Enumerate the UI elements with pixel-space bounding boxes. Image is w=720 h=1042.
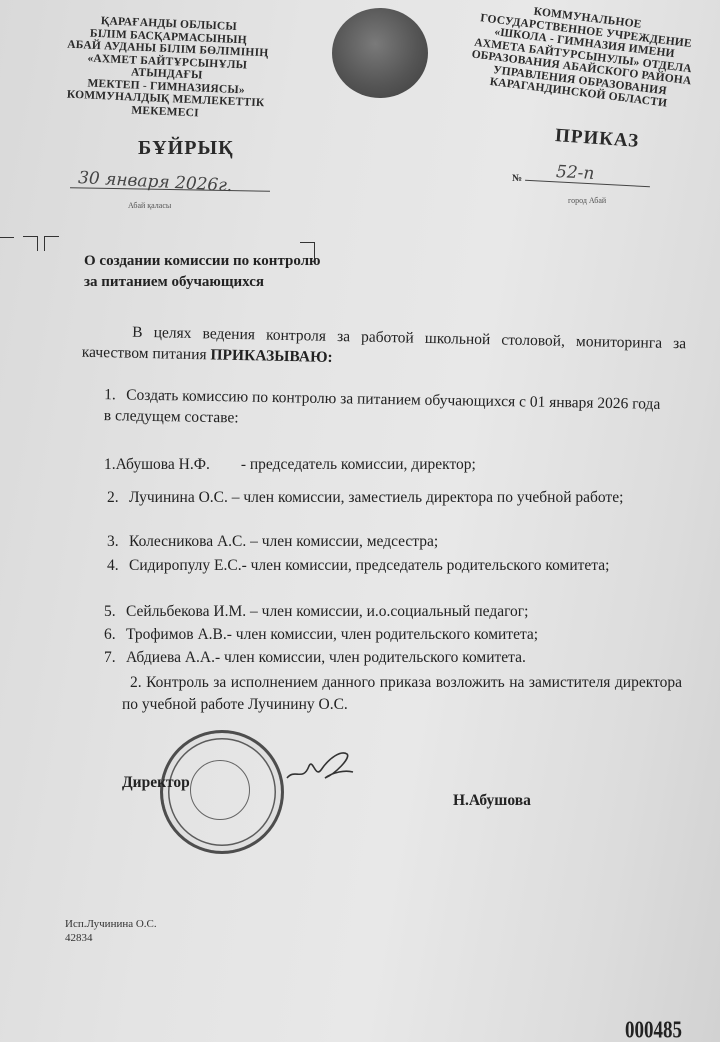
member-row: 5.Сейльбекова И.М. – член комиссии, и.о.… [104,602,684,621]
member-text: Сейльбекова И.М. – член комиссии, и.о.со… [126,603,528,620]
signatory-name: Н.Абушова [453,790,531,811]
member-row: 4.Сидиропулу Е.С.- член комиссии, предсе… [107,556,685,575]
subject-line: за питанием обучающихся [84,272,321,293]
member-row: 7.Абдиева А.А.- член комиссии, член роди… [104,648,684,667]
order-item-1: 1.Создать комиссию по контролю за питани… [104,384,665,436]
corner-mark [44,236,59,251]
member-text: Абушова Н.Ф. - председатель комиссии, ди… [116,456,476,473]
handwritten-signature-icon [285,748,355,788]
member-number: 6. [104,625,126,644]
executor-block: Исп.Лучинина О.С. 42834 [65,917,157,945]
member-number: 2. [107,488,129,507]
city-ru: город Абай [568,196,606,205]
order-directive: ПРИКАЗЫВАЮ: [210,346,333,366]
member-row: 3.Колесникова А.С. – член комиссии, медс… [107,532,667,551]
member-row: 2.Лучинина О.С. – член комиссии, замести… [107,488,685,507]
executor-name: Исп.Лучинина О.С. [65,917,157,931]
item-number: 1. [104,384,126,405]
corner-mark [0,237,14,238]
order-subject: О создании комиссии по контролю за питан… [84,251,321,293]
member-row: 1.Абушова Н.Ф. - председатель комиссии, … [104,455,664,474]
seal-emblem-icon [190,760,250,820]
member-number: 3. [107,532,129,551]
item-text: 2. Контроль за исполнением данного прика… [122,674,682,713]
order-item-2: 2. Контроль за исполнением данного прика… [122,672,682,716]
member-number: 4. [107,556,129,575]
order-title-kz: БҰЙРЫҚ [138,137,234,160]
member-number: 7. [104,648,126,667]
member-row: 6.Трофимов А.В.- член комиссии, член род… [104,625,684,644]
member-text: Лучинина О.С. – член комиссии, заместиел… [129,489,623,506]
member-text: Сидиропулу Е.С.- член комиссии, председа… [129,557,609,574]
member-number: 1. [104,456,116,473]
member-text: Трофимов А.В.- член комиссии, член родит… [126,626,538,643]
corner-mark [23,236,38,251]
member-text: Абдиева А.А.- член комиссии, член родите… [126,649,526,666]
item-text: Создать комиссию по контролю за питанием… [104,387,661,427]
city-kz: Абай қаласы [128,201,171,210]
state-emblem-icon [332,8,428,98]
order-number-label: № [512,173,522,184]
header-kz-block: ҚАРАҒАНДЫ ОБЛЫСЫ БІЛІМ БАСҚАРМАСЫНЫҢ АБА… [50,13,284,123]
order-title-ru: ПРИКАЗ [554,125,640,153]
member-text: Колесникова А.С. – член комиссии, медсес… [129,533,438,550]
signatory-position: Директор [122,772,190,793]
header-ru-block: КОММУНАЛЬНОЕ ГОСУДАРСТВЕННОЕ УЧРЕЖДЕНИЕ … [464,0,703,113]
subject-line: О создании комиссии по контролю [84,251,321,272]
executor-phone: 42834 [65,931,157,945]
intro-paragraph: В целях ведения контроля за работой школ… [82,321,687,376]
sheet-number: 000485 [625,1017,682,1042]
intro-text: В целях ведения контроля за работой школ… [82,324,687,364]
member-number: 5. [104,602,126,621]
order-date: 30 января 2026г. [78,168,233,196]
